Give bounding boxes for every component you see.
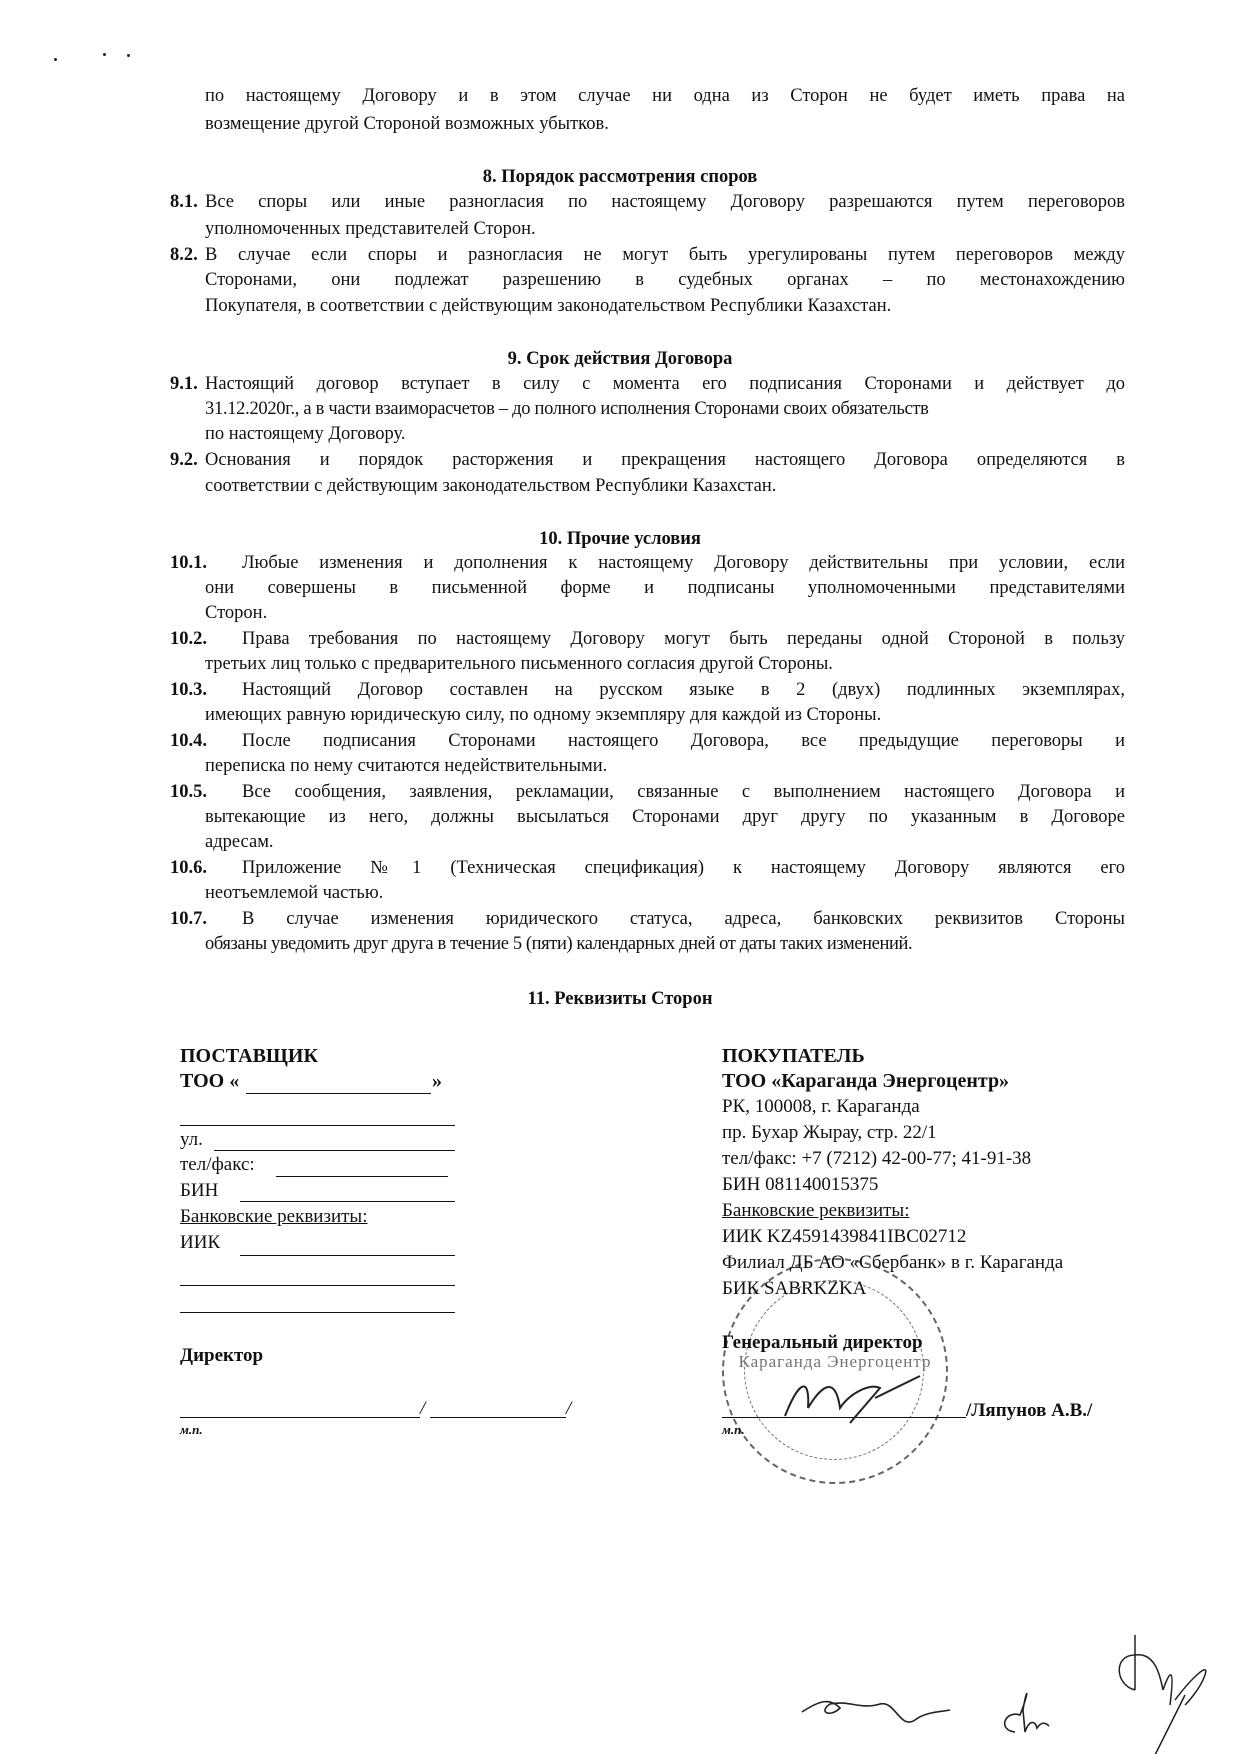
- buyer-iik: ИИК KZ4591439841IBC02712: [722, 1224, 966, 1250]
- clause-number: 8.1.: [170, 190, 198, 214]
- supplier-name-field[interactable]: [430, 1417, 566, 1418]
- buyer-address-city: РК, 100008, г. Караганда: [722, 1094, 920, 1120]
- clause-line: 31.12.2020г., а в части взаиморасчетов –…: [205, 397, 929, 421]
- paragraph-line: возмещение другой Стороной возможных убы…: [205, 112, 609, 136]
- clause-line: В случае изменения юридического статуса,…: [242, 907, 1125, 931]
- section-heading-8: 8. Порядок рассмотрения споров: [0, 165, 1240, 189]
- slash-separator: /: [420, 1396, 425, 1422]
- clause-line: соответствии с действующим законодательс…: [205, 474, 776, 498]
- supplier-iik-field[interactable]: [240, 1255, 455, 1256]
- clause-line: Основания и порядок расторжения и прекра…: [205, 448, 1125, 472]
- clause-line: Все споры или иные разногласия по настоя…: [205, 190, 1125, 214]
- supplier-bank-label: Банковские реквизиты:: [180, 1204, 367, 1230]
- buyer-bin: БИН 081140015375: [722, 1172, 878, 1198]
- clause-line: третьих лиц только с предварительного пи…: [205, 652, 833, 676]
- supplier-blank-line[interactable]: [180, 1285, 455, 1286]
- scan-speck: [54, 58, 57, 61]
- clause-number: 9.2.: [170, 448, 198, 472]
- clause-line: Все сообщения, заявления, рекламации, св…: [242, 780, 1125, 804]
- supplier-street-label: ул.: [180, 1127, 203, 1153]
- clause-line: переписка по нему считаются недействител…: [205, 754, 607, 778]
- scan-speck: [103, 53, 106, 56]
- clause-line: Приложение №1 (Техническая спецификация)…: [242, 856, 1125, 880]
- supplier-signature-field[interactable]: [180, 1417, 420, 1418]
- clause-line: неотъемлемой частью.: [205, 881, 383, 905]
- buyer-title: ПОКУПАТЕЛЬ: [722, 1043, 865, 1069]
- document-page: по настоящему Договору и в этом случае н…: [0, 0, 1240, 1754]
- supplier-phone-field[interactable]: [276, 1176, 448, 1177]
- initials-signature-icon: [800, 1690, 960, 1730]
- clause-line: Покупателя, в соответствии с действующим…: [205, 294, 891, 318]
- supplier-iik-label: ИИК: [180, 1230, 220, 1256]
- clause-line: они совершены в письменной форме и подпи…: [205, 576, 1125, 600]
- clause-line: В случае если споры и разногласия не мог…: [205, 243, 1125, 267]
- supplier-title: ПОСТАВЩИК: [180, 1043, 318, 1069]
- supplier-blank-line[interactable]: [180, 1125, 455, 1126]
- buyer-address-street: пр. Бухар Жырау, стр. 22/1: [722, 1120, 937, 1146]
- clause-number: 10.1.: [170, 551, 207, 575]
- buyer-director-name: /Ляпунов А.В./: [966, 1398, 1092, 1424]
- section-heading-10: 10. Прочие условия: [0, 527, 1240, 551]
- clause-line: вытекающие из него, должны высылаться Ст…: [205, 805, 1125, 829]
- section-heading-11: 11. Реквизиты Сторон: [0, 987, 1240, 1011]
- buyer-signature-icon: [780, 1368, 940, 1428]
- supplier-stamp-place: м.п.: [180, 1422, 203, 1438]
- clause-line: После подписания Сторонами настоящего До…: [242, 729, 1125, 753]
- initials-signature-icon: [1115, 1630, 1235, 1750]
- buyer-company: ТОО «Караганда Энергоцентр»: [722, 1068, 1009, 1094]
- clause-line: Права требования по настоящему Договору …: [242, 627, 1125, 651]
- supplier-company-field[interactable]: [246, 1093, 431, 1094]
- buyer-director-label: Генеральный директор: [722, 1330, 923, 1356]
- clause-number: 10.3.: [170, 678, 207, 702]
- clause-line: Сторонами, они подлежат разрешению в суд…: [205, 268, 1125, 292]
- slash-separator: /: [566, 1396, 571, 1422]
- clause-line: Настоящий Договор составлен на русском я…: [242, 678, 1125, 702]
- clause-number: 10.5.: [170, 780, 207, 804]
- supplier-blank-line[interactable]: [180, 1312, 455, 1313]
- initials-signature-icon: [995, 1680, 1055, 1740]
- supplier-street-field[interactable]: [214, 1150, 455, 1151]
- clause-line: обязаны уведомить друг друга в течение 5…: [205, 932, 912, 956]
- clause-number: 10.6.: [170, 856, 207, 880]
- buyer-bik: БИК SABRKZKA: [722, 1276, 866, 1302]
- supplier-phone-label: тел/факс:: [180, 1152, 255, 1178]
- scan-speck: [127, 54, 130, 57]
- supplier-company-suffix: »: [432, 1068, 442, 1094]
- clause-line: Любые изменения и дополнения к настоящем…: [242, 551, 1125, 575]
- supplier-bin-field[interactable]: [240, 1201, 455, 1202]
- clause-number: 10.4.: [170, 729, 207, 753]
- clause-line: уполномоченных представителей Сторон.: [205, 217, 536, 241]
- clause-line: имеющих равную юридическую силу, по одно…: [205, 703, 881, 727]
- buyer-phone: тел/факс: +7 (7212) 42-00-77; 41-91-38: [722, 1146, 1031, 1172]
- supplier-bin-label: БИН: [180, 1178, 218, 1204]
- clause-number: 9.1.: [170, 372, 198, 396]
- buyer-bank-branch: Филиал ДБ АО «Сбербанк» в г. Караганда: [722, 1250, 1063, 1276]
- buyer-bank-label: Банковские реквизиты:: [722, 1198, 909, 1224]
- clause-line: адресам.: [205, 830, 274, 854]
- clause-number: 10.7.: [170, 907, 207, 931]
- supplier-company-prefix: ТОО «: [180, 1068, 239, 1094]
- clause-line: по настоящему Договору.: [205, 422, 406, 446]
- section-heading-9: 9. Срок действия Договора: [0, 347, 1240, 371]
- paragraph-line: по настоящему Договору и в этом случае н…: [205, 84, 1125, 108]
- buyer-stamp-place: м.п.: [722, 1422, 745, 1438]
- clause-line: Настоящий договор вступает в силу с моме…: [205, 372, 1125, 396]
- clause-number: 8.2.: [170, 243, 198, 267]
- clause-number: 10.2.: [170, 627, 207, 651]
- clause-line: Сторон.: [205, 601, 267, 625]
- supplier-director-label: Директор: [180, 1343, 263, 1369]
